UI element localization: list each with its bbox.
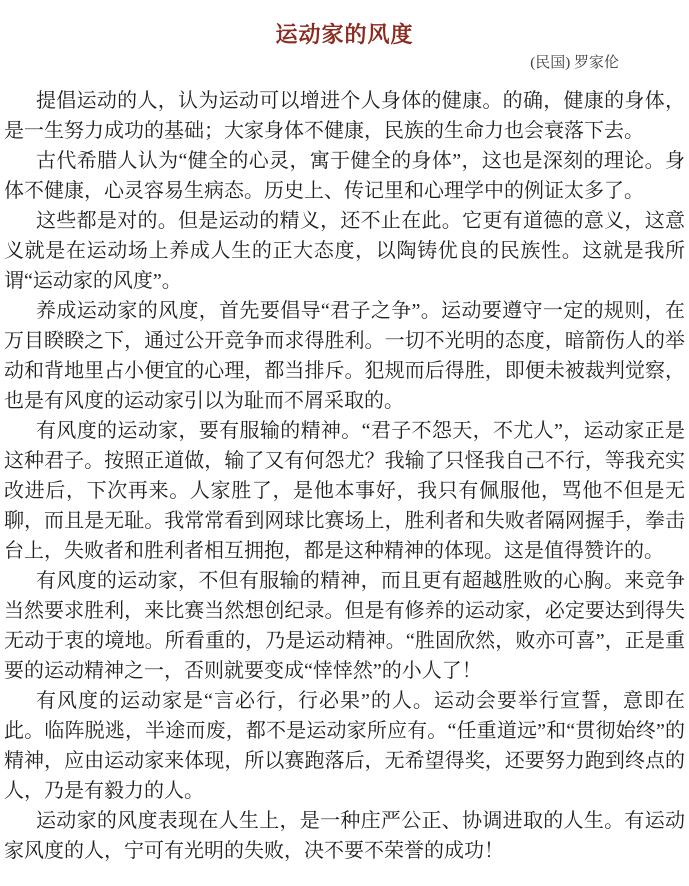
paragraph: 运动家的风度表现在人生上，是一种庄严公正、协调进取的人生。有运动家风度的人，宁可…	[4, 806, 685, 866]
author-line: (民国) 罗家伦	[0, 53, 689, 73]
paragraph: 养成运动家的风度，首先要倡导“君子之争”。运动要遵守一定的规则，在万目睽睽之下，…	[4, 296, 685, 416]
paragraph: 这些都是对的。但是运动的精义，还不止在此。它更有道德的意义，这意义就是在运动场上…	[4, 206, 685, 296]
paragraph: 提倡运动的人，认为运动可以增进个人身体的健康。的确，健康的身体，是一生努力成功的…	[4, 86, 685, 146]
paragraph: 有风度的运动家，要有服输的精神。“君子不怨天，不尤人”，运动家正是这种君子。按照…	[4, 416, 685, 566]
paragraph: 古代希腊人认为“健全的心灵，寓于健全的身体”，这也是深刻的理论。身体不健康，心灵…	[4, 146, 685, 206]
paragraph: 有风度的运动家，不但有服输的精神，而且更有超越胜败的心胸。来竞争当然要求胜利，来…	[4, 566, 685, 686]
document-page: 运动家的风度 (民国) 罗家伦 提倡运动的人，认为运动可以增进个人身体的健康。的…	[0, 0, 689, 886]
essay-body: 提倡运动的人，认为运动可以增进个人身体的健康。的确，健康的身体，是一生努力成功的…	[0, 86, 689, 866]
paragraph: 有风度的运动家是“言必行，行必果”的人。运动会要举行宣誓，意即在此。临阵脱逃，半…	[4, 686, 685, 806]
page-title: 运动家的风度	[0, 22, 689, 48]
